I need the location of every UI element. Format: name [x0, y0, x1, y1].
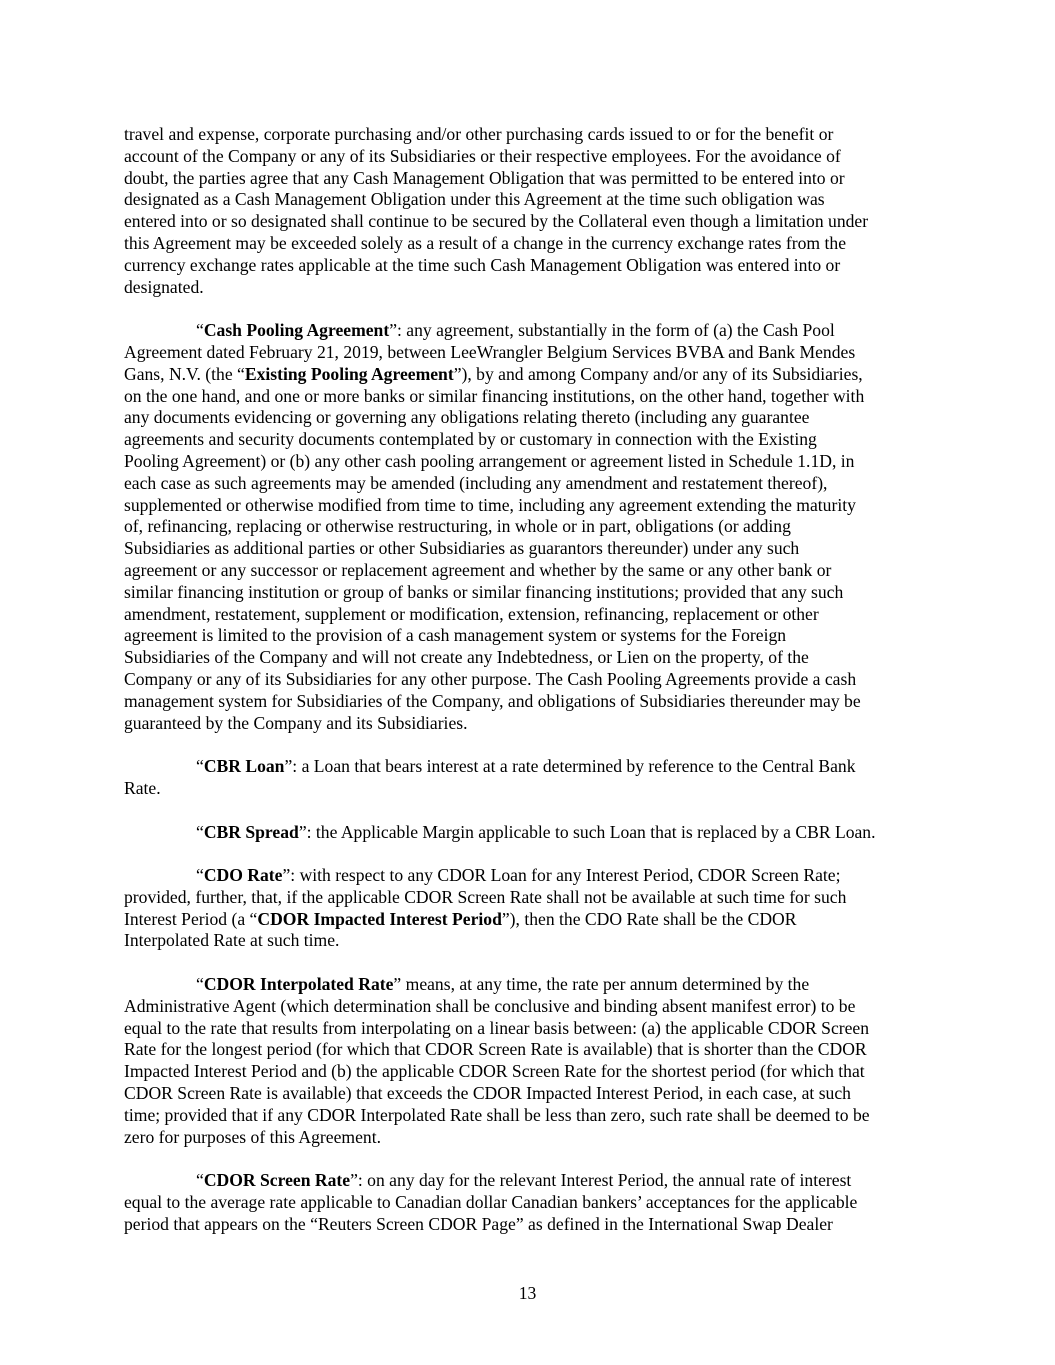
- text-line: designated.: [124, 277, 930, 299]
- text-line: designated as a Cash Management Obligati…: [124, 189, 930, 211]
- text-line: Gans, N.V. (the “Existing Pooling Agreem…: [124, 364, 930, 386]
- text-line: Impacted Interest Period and (b) the app…: [124, 1061, 930, 1083]
- text-line: similar financing institution or group o…: [124, 582, 930, 604]
- text-line: supplemented or otherwise modified from …: [124, 495, 930, 517]
- open-quote: “: [196, 320, 204, 340]
- definition-cdor-screen-rate: “CDOR Screen Rate”: on any day for the r…: [124, 1170, 930, 1235]
- text-line: “CDO Rate”: with respect to any CDOR Loa…: [124, 865, 930, 887]
- definition-text: ”: a Loan that bears interest at a rate …: [284, 756, 855, 776]
- defined-term: CBR Loan: [204, 756, 285, 776]
- text-line: equal to the rate that results from inte…: [124, 1018, 930, 1040]
- text-line: agreement or any successor or replacemen…: [124, 560, 930, 582]
- text-line: Agreement dated February 21, 2019, betwe…: [124, 342, 930, 364]
- open-quote: “: [196, 1170, 204, 1190]
- text-line: management system for Subsidiaries of th…: [124, 691, 930, 713]
- text-line: travel and expense, corporate purchasing…: [124, 124, 930, 146]
- definition-text: ” means, at any time, the rate per annum…: [393, 974, 809, 994]
- text-line: “CBR Loan”: a Loan that bears interest a…: [124, 756, 930, 778]
- definition-text: ”: any agreement, substantially in the f…: [389, 320, 835, 340]
- text-line: on the one hand, and one or more banks o…: [124, 386, 930, 408]
- text-line: equal to the average rate applicable to …: [124, 1192, 930, 1214]
- text-line: Rate for the longest period (for which t…: [124, 1039, 930, 1061]
- definition-cbr-spread: “CBR Spread”: the Applicable Margin appl…: [124, 822, 930, 844]
- text-line: this Agreement may be exceeded solely as…: [124, 233, 930, 255]
- text-line: each case as such agreements may be amen…: [124, 473, 930, 495]
- text-line: account of the Company or any of its Sub…: [124, 146, 930, 168]
- text-line: period that appears on the “Reuters Scre…: [124, 1214, 930, 1236]
- text-line: doubt, the parties agree that any Cash M…: [124, 168, 930, 190]
- definition-text: ”: on any day for the relevant Interest …: [350, 1170, 851, 1190]
- definition-cbr-loan: “CBR Loan”: a Loan that bears interest a…: [124, 756, 930, 800]
- text-line: Administrative Agent (which determinatio…: [124, 996, 930, 1018]
- text-line: guaranteed by the Company and its Subsid…: [124, 713, 930, 735]
- definition-text: ”: with respect to any CDOR Loan for any…: [282, 865, 840, 885]
- text-line: Interpolated Rate at such time.: [124, 930, 930, 952]
- text-line: Interest Period (a “CDOR Impacted Intere…: [124, 909, 930, 931]
- definition-text: Gans, N.V. (the “: [124, 364, 245, 384]
- text-line: “Cash Pooling Agreement”: any agreement,…: [124, 320, 930, 342]
- defined-term: CDOR Interpolated Rate: [204, 974, 394, 994]
- text-line: time; provided that if any CDOR Interpol…: [124, 1105, 930, 1127]
- open-quote: “: [196, 865, 204, 885]
- text-line: provided, further, that, if the applicab…: [124, 887, 930, 909]
- defined-term: CDO Rate: [204, 865, 283, 885]
- defined-term: CDOR Screen Rate: [204, 1170, 350, 1190]
- definition-cdor-interpolated-rate: “CDOR Interpolated Rate” means, at any t…: [124, 974, 930, 1148]
- defined-term: CDOR Impacted Interest Period: [257, 909, 501, 929]
- open-quote: “: [196, 822, 204, 842]
- text-line: “CBR Spread”: the Applicable Margin appl…: [124, 822, 930, 844]
- text-line: Subsidiaries as additional parties or ot…: [124, 538, 930, 560]
- text-line: Subsidiaries of the Company and will not…: [124, 647, 930, 669]
- text-line: Rate.: [124, 778, 930, 800]
- text-line: entered into or so designated shall cont…: [124, 211, 930, 233]
- text-line: agreements and security documents contem…: [124, 429, 930, 451]
- definition-text: Interest Period (a “: [124, 909, 257, 929]
- definition-cdo-rate: “CDO Rate”: with respect to any CDOR Loa…: [124, 865, 930, 952]
- definition-cash-pooling-agreement: “Cash Pooling Agreement”: any agreement,…: [124, 320, 930, 734]
- defined-term: CBR Spread: [204, 822, 299, 842]
- page-number: 13: [0, 1283, 1055, 1305]
- definition-text: ”: the Applicable Margin applicable to s…: [299, 822, 876, 842]
- definition-text: ”), then the CDO Rate shall be the CDOR: [502, 909, 797, 929]
- text-line: Pooling Agreement) or (b) any other cash…: [124, 451, 930, 473]
- text-line: CDOR Screen Rate is available) that exce…: [124, 1083, 930, 1105]
- text-line: “CDOR Screen Rate”: on any day for the r…: [124, 1170, 930, 1192]
- text-line: amendment, restatement, supplement or mo…: [124, 604, 930, 626]
- text-line: any documents evidencing or governing an…: [124, 407, 930, 429]
- open-quote: “: [196, 756, 204, 776]
- text-line: currency exchange rates applicable at th…: [124, 255, 930, 277]
- text-line: agreement is limited to the provision of…: [124, 625, 930, 647]
- text-line: Company or any of its Subsidiaries for a…: [124, 669, 930, 691]
- definition-text: ”), by and among Company and/or any of i…: [454, 364, 863, 384]
- open-quote: “: [196, 974, 204, 994]
- text-line: “CDOR Interpolated Rate” means, at any t…: [124, 974, 930, 996]
- defined-term: Cash Pooling Agreement: [204, 320, 389, 340]
- paragraph-continuation: travel and expense, corporate purchasing…: [124, 124, 930, 298]
- text-line: zero for purposes of this Agreement.: [124, 1127, 930, 1149]
- defined-term: Existing Pooling Agreement: [245, 364, 454, 384]
- document-page: travel and expense, corporate purchasing…: [124, 124, 930, 1257]
- text-line: of, refinancing, replacing or otherwise …: [124, 516, 930, 538]
